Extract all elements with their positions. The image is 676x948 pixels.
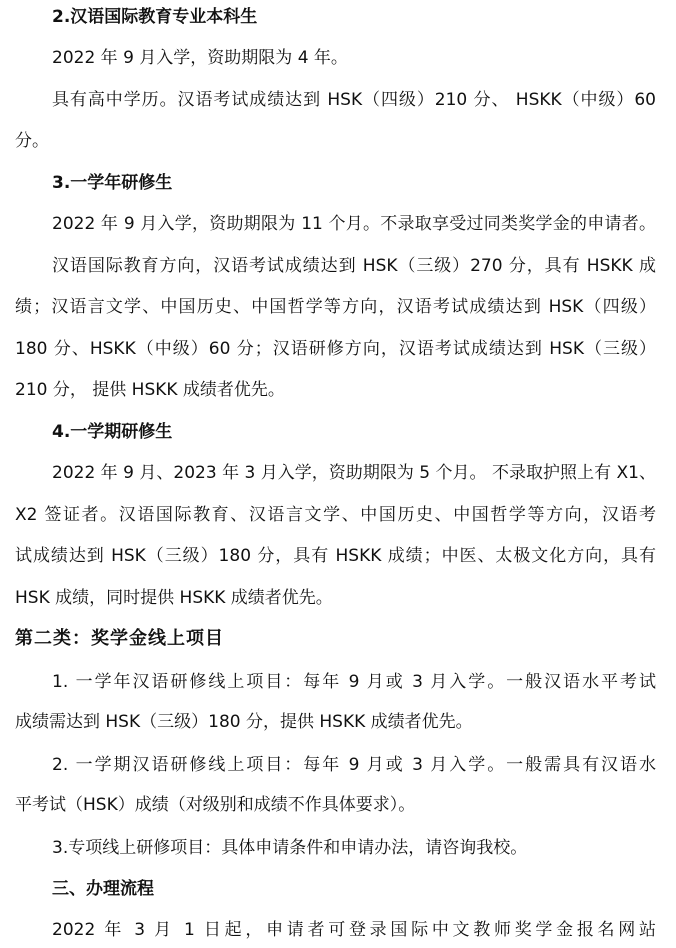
paragraph-line: 2. 一学期汉语研修线上项目：每年 9 月或 3 月入学。一般需具有汉语水 <box>52 754 656 776</box>
paragraph-line: 1. 一学年汉语研修线上项目：每年 9 月或 3 月入学。一般汉语水平考试 <box>52 671 656 693</box>
paragraph-line: 具有高中学历。汉语考试成绩达到 HSK（四级）210 分、 HSKK（中级）60 <box>52 89 656 111</box>
paragraph-line: 210 分， 提供 HSKK 成绩者优先。 <box>15 379 285 401</box>
section-heading-process: 三、办理流程 <box>52 878 154 900</box>
section-heading-undergraduate: 2.汉语国际教育专业本科生 <box>52 6 257 28</box>
paragraph-line: 2022 年 9 月、2023 年 3 月入学，资助期限为 5 个月。 不录取护… <box>52 462 656 484</box>
paragraph-line: X2 签证者。汉语国际教育、汉语言文学、中国历史、中国哲学等方向，汉语考 <box>15 504 656 526</box>
paragraph-line: 平考试（HSK）成绩（对级别和成绩不作具体要求）。 <box>15 794 415 816</box>
paragraph-line: 2022 年 9 月入学，资助期限为 11 个月。不录取享受过同类奖学金的申请者… <box>52 213 656 235</box>
paragraph-line: 试成绩达到 HSK（三级）180 分，具有 HSKK 成绩；中医、太极文化方向，… <box>15 545 656 567</box>
paragraph-line: 成绩需达到 HSK（三级）180 分，提供 HSKK 成绩者优先。 <box>15 711 473 733</box>
paragraph-line: 2022 年 9 月入学，资助期限为 4 年。 <box>52 47 348 69</box>
paragraph-line: 3.专项线上研修项目：具体申请条件和申请办法，请咨询我校。 <box>52 837 527 859</box>
paragraph-line: 2022 年 3 月 1 日起，申请者可登录国际中文教师奖学金报名网站 <box>52 919 656 941</box>
paragraph-line: 汉语国际教育方向，汉语考试成绩达到 HSK（三级）270 分，具有 HSKK 成 <box>52 255 656 277</box>
paragraph-line: HSK 成绩，同时提供 HSKK 成绩者优先。 <box>15 587 333 609</box>
section-heading-one-year-student: 3.一学年研修生 <box>52 172 172 194</box>
section-heading-one-semester-student: 4.一学期研修生 <box>52 421 172 443</box>
category-heading-online-programs: 第二类：奖学金线上项目 <box>15 628 224 650</box>
paragraph-line: 绩；汉语言文学、中国历史、中国哲学等方向，汉语考试成绩达到 HSK（四级） <box>15 296 656 318</box>
paragraph-line: 180 分、HSKK（中级）60 分；汉语研修方向，汉语考试成绩达到 HSK（三… <box>15 338 656 360</box>
paragraph-line: 分。 <box>15 130 49 152</box>
